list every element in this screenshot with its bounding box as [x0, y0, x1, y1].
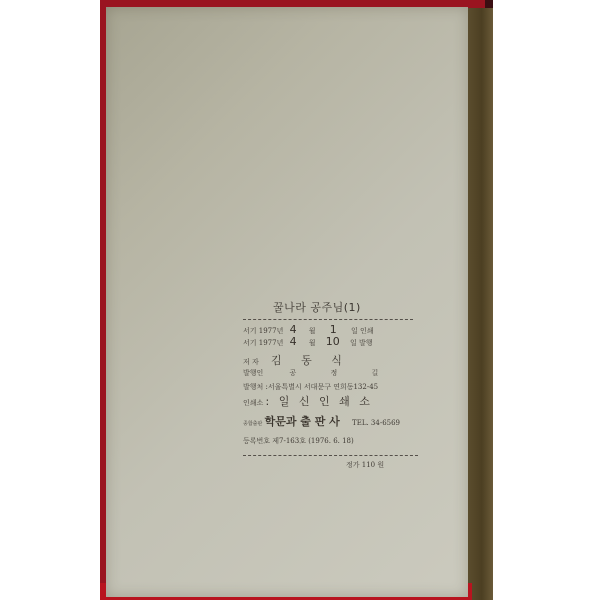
printer-line: 인쇄소 : 일 신 인 쇄 소 — [243, 396, 373, 407]
price-label: 정가 110 원 — [346, 462, 384, 469]
publisher-line: 종합출판 학문과 출 판 사 TEL. 34-6569 — [243, 416, 400, 427]
author-label: 저 자 — [243, 358, 259, 366]
published-prefix: 서기 1977년 — [243, 339, 283, 347]
month-unit: 월 — [309, 339, 316, 347]
published-month: 4 — [290, 335, 297, 348]
publisher-person-name: 공 정 길 — [290, 369, 395, 377]
book-title: 꿀나라 공주님(1) — [273, 302, 361, 313]
publisher-tel: TEL. 34-6569 — [352, 419, 400, 427]
office-line: 발행처 :서울특별시 서대문구 연희동132-45 — [243, 384, 378, 391]
published-date-line: 서기 1977년 4 월 10 일 발행 — [243, 336, 373, 347]
printer-label: 인쇄소 — [243, 399, 263, 407]
printed-date-line: 서기 1977년 4 월 1 일 인쇄 — [243, 324, 374, 335]
publisher-person-line: 발행인 공 정 길 — [243, 370, 394, 377]
published-suffix: 일 발행 — [350, 339, 373, 347]
printed-suffix: 일 인쇄 — [351, 327, 374, 335]
registration-line: 등록번호 제7-163호 (1976. 6. 18) — [243, 438, 354, 445]
office-label: 발행처 — [243, 383, 263, 391]
bottom-rule — [243, 455, 418, 456]
month-unit: 월 — [309, 327, 316, 335]
printed-prefix: 서기 1977년 — [243, 327, 283, 335]
photo-scene: 꿀나라 공주님(1) 서기 1977년 4 월 1 일 인쇄 서기 1977년 … — [0, 0, 600, 600]
publisher-person-label: 발행인 — [243, 369, 263, 377]
printer-name: : 일 신 인 쇄 소 — [266, 395, 373, 408]
author-name: 김 동 식 — [271, 354, 350, 367]
book-spine-shadow — [465, 8, 493, 600]
office-address: :서울특별시 서대문구 연희동132-45 — [266, 383, 379, 391]
author-line: 저 자 김 동 식 — [243, 355, 350, 366]
publisher-name: 학문과 출 판 사 — [265, 415, 340, 428]
publisher-prefix: 종합출판 — [243, 421, 262, 427]
title-underline — [243, 315, 413, 320]
published-day: 10 — [326, 335, 340, 348]
